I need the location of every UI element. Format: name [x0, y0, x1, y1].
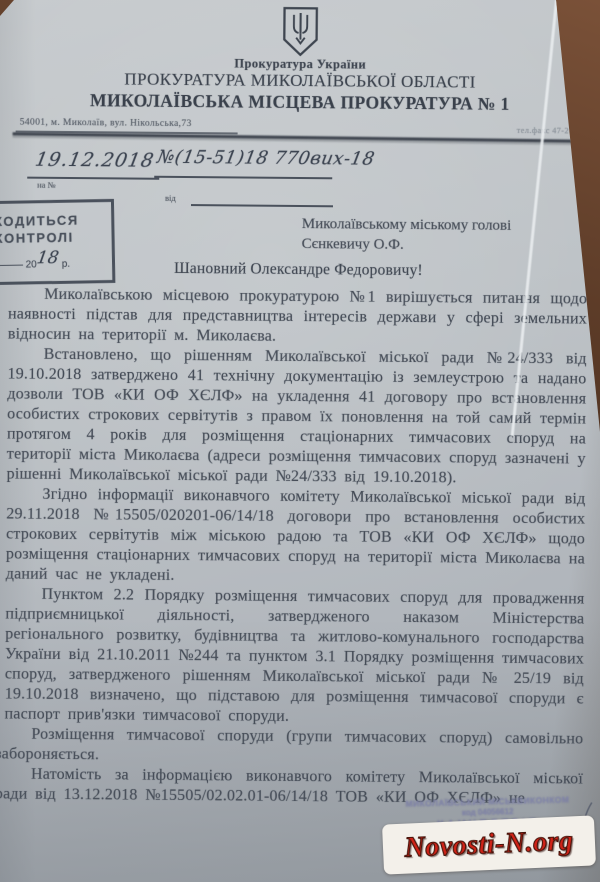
handwritten-date: 19.12.2018 [33, 149, 156, 172]
letterhead-rule [13, 132, 592, 143]
control-stamp-line2: НА КОНТРОЛІ [0, 228, 112, 248]
paper-sheet: Прокуратура України ПРОКУРАТУРА МИКОЛАЇВ… [0, 0, 600, 882]
ukraine-trident-icon [281, 6, 319, 63]
recipient-block: Миколаївському міському голові Сєнкевичу… [302, 215, 512, 256]
date-field-label: на № [37, 180, 56, 190]
number-underline [154, 176, 332, 179]
paragraph: Встановлено, що рішенням Миколаївської м… [7, 344, 587, 489]
letter-content: Прокуратура України ПРОКУРАТУРА МИКОЛАЇВ… [0, 0, 600, 882]
org-name-local: МИКОЛАЇВСЬКА МІСЦЕВА ПРОКУРАТУРА № 1 [0, 89, 600, 115]
number-blank-line [191, 204, 333, 207]
letter-body: Миколаївською місцевою прокуратурою №1 в… [4, 284, 588, 809]
handwritten-outgoing-number: №(15-51)18 770вих-18 [155, 147, 376, 170]
paragraph: Пунктом 2.2 Порядку розміщення тимчасови… [4, 584, 584, 729]
org-address: 54001, м. Миколаїв, вул. Нікольська,73 [20, 118, 192, 130]
paragraph: Згідно інформації виконавчого комітету М… [6, 484, 586, 589]
paragraph: Миколаївською місцевою прокуратурою №1 в… [8, 284, 588, 349]
recipient-title: Миколаївському міському голові [302, 215, 512, 236]
document-photo: Прокуратура України ПРОКУРАТУРА МИКОЛАЇВ… [0, 0, 600, 882]
recipient-name: Сєнкевичу О.Ф. [302, 235, 512, 256]
watermark-text: Novosti-N.org [404, 825, 574, 864]
paragraph: Розміщення тимчасової споруди (групи тим… [0, 724, 583, 769]
watermark-label: Novosti-N.org [382, 815, 596, 874]
number-field-label: від [165, 193, 176, 203]
org-phone: тел.факс 47-26-16 [517, 126, 586, 136]
